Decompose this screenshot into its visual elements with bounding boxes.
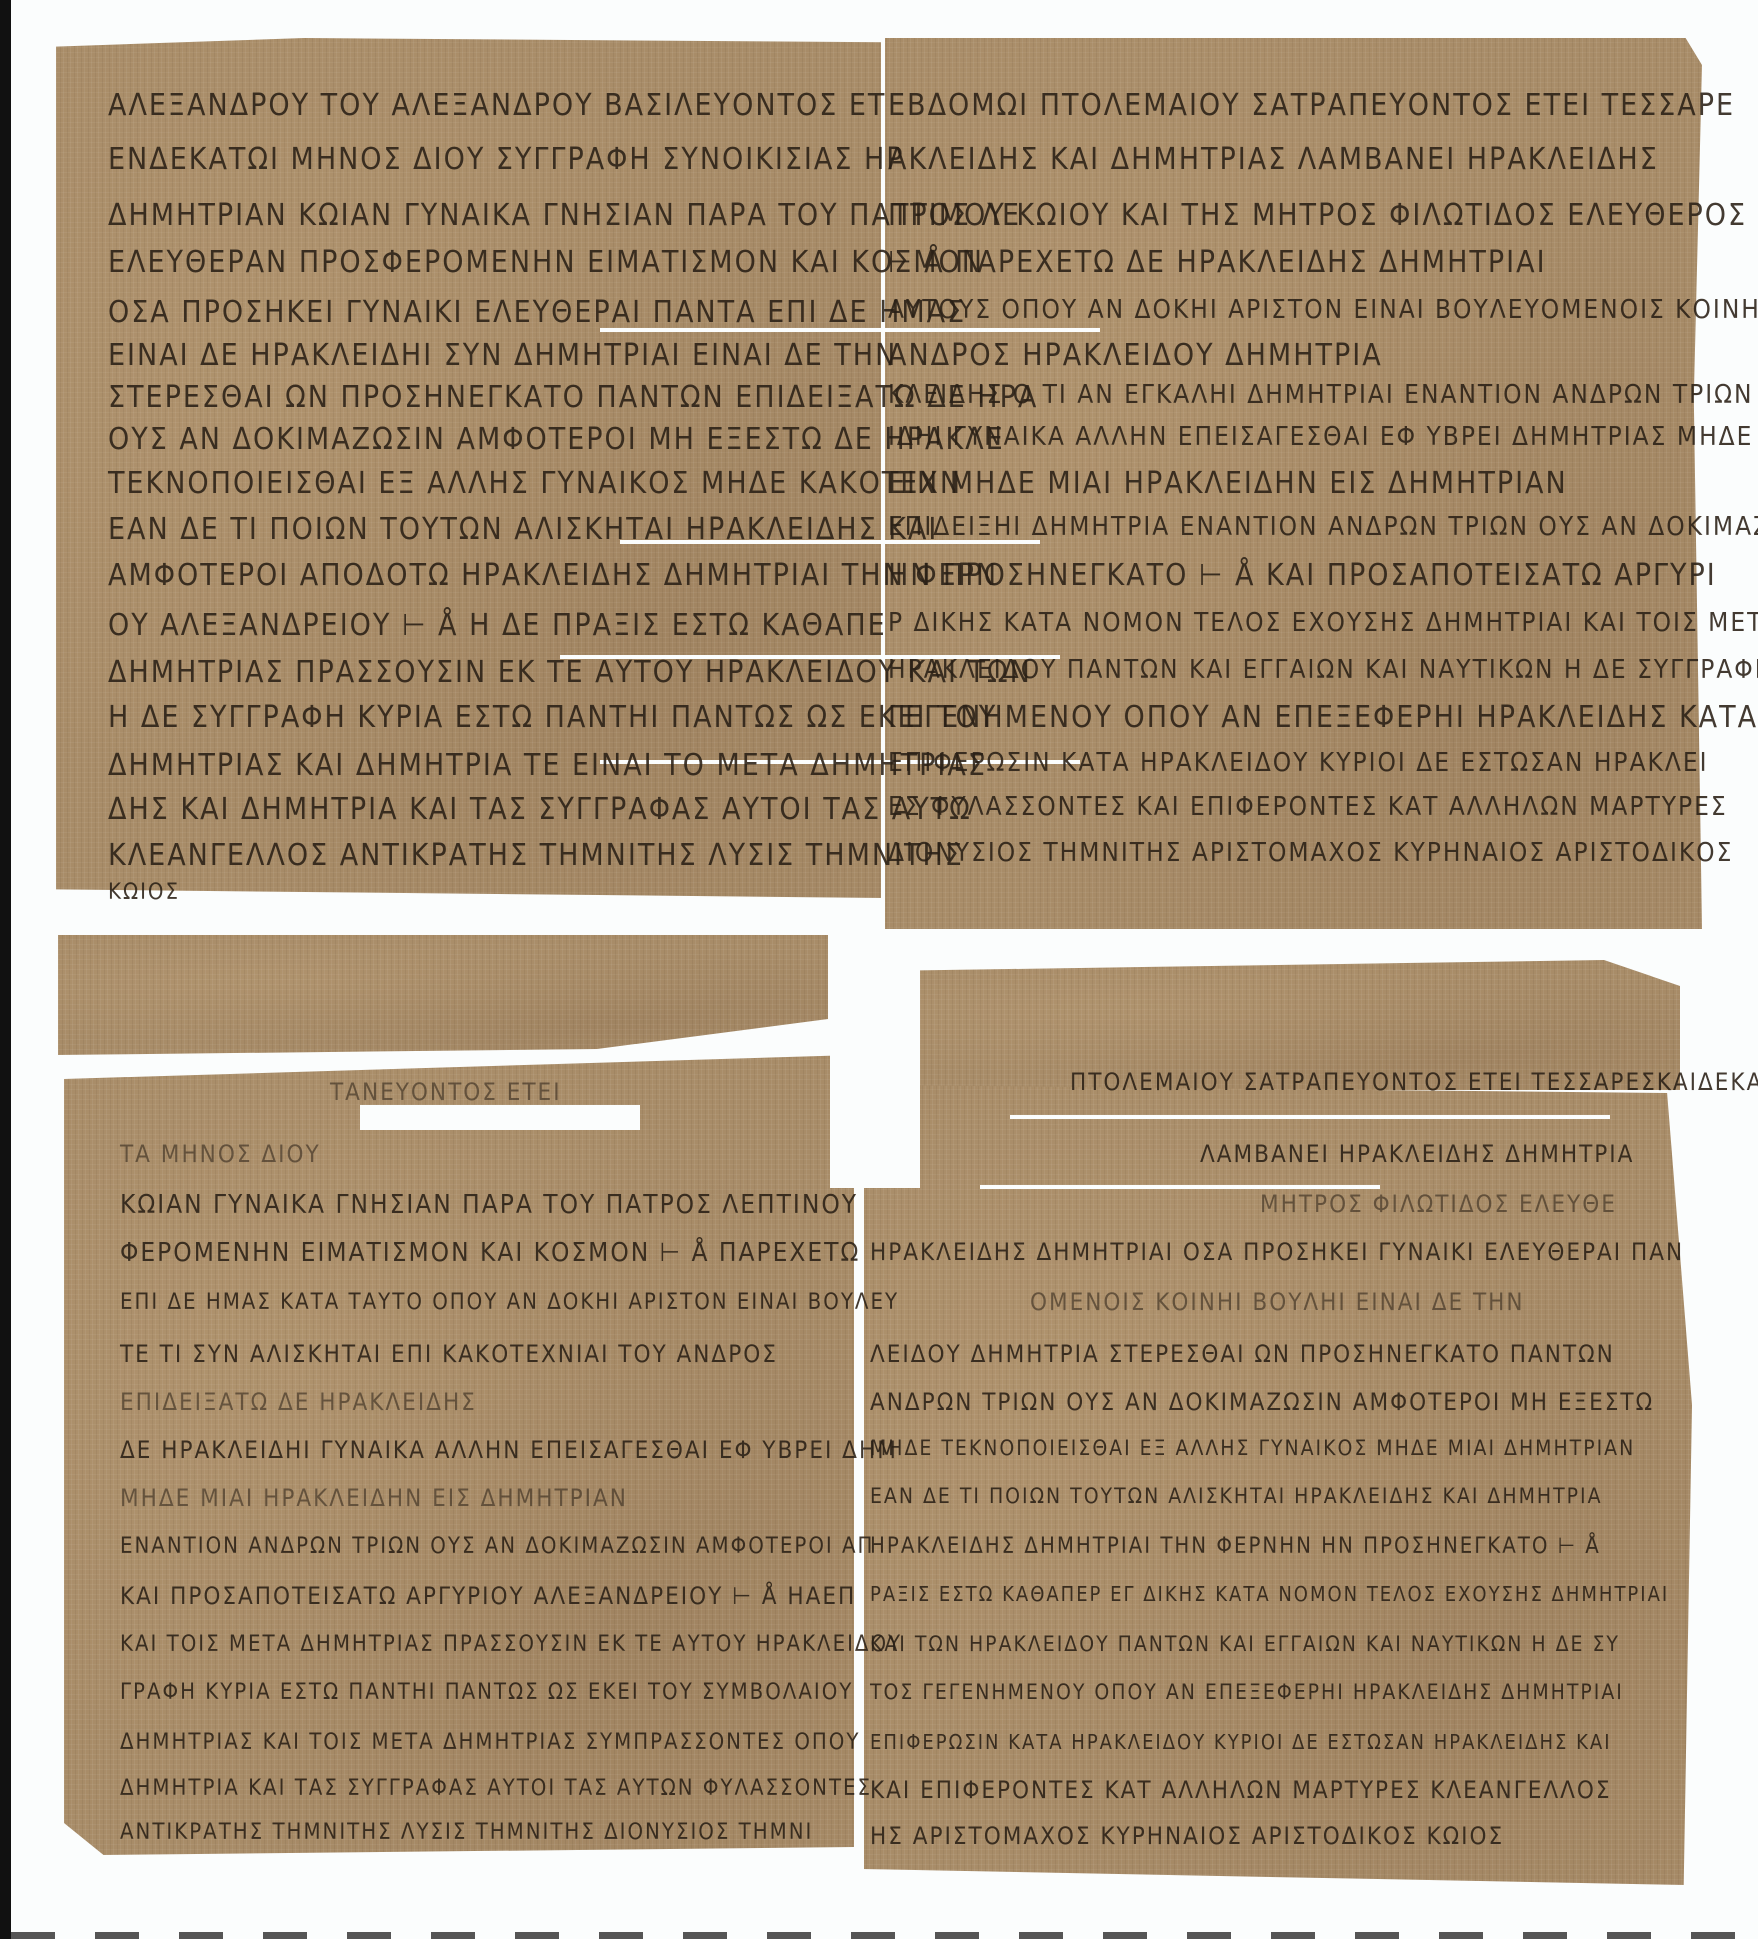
text-line: ΟΥΣ ΑΝ ΔΟΚΙΜΑΖΩΣΙΝ ΑΜΦΟΤΕΡΟΙ ΜΗ ΕΞΕΣΤΩ Δ… [108, 422, 1005, 457]
text-line: ΛΕΙΔΟΥ ΔΗΜΗΤΡΙΑ ΣΤΕΡΕΣΘΑΙ ΩΝ ΠΡΟΣΗΝΕΓΚΑΤ… [870, 1340, 1615, 1368]
text-line: ΑΝΔΡΩΝ ΤΡΙΩΝ ΟΥΣ ΑΝ ΔΟΚΙΜΑΖΩΣΙΝ ΑΜΦΟΤΕΡΟ… [870, 1388, 1654, 1416]
text-line: ΜΗΔΕ ΤΕΚΝΟΠΟΙΕΙΣΘΑΙ ΕΞ ΑΛΛΗΣ ΓΥΝΑΙΚΟΣ ΜΗ… [870, 1436, 1635, 1460]
text-line: ΗΣ ΑΡΙΣΤΟΜΑΧΟΣ ΚΥΡΗΝΑΙΟΣ ΑΡΙΣΤΟΔΙΚΟΣ ΚΩΙ… [870, 1822, 1504, 1850]
text-line: ΜΗΤΡΟΣ ΦΙΛΩΤΙΔΟΣ ΕΛΕΥΘΕ [1260, 1190, 1617, 1218]
text-line: ΡΑΞΙΣ ΕΣΤΩ ΚΑΘΑΠΕΡ ΕΓ ΔΙΚΗΣ ΚΑΤΑ ΝΟΜΟΝ Τ… [870, 1582, 1669, 1606]
text-line: ΔΗΣ ΚΑΙ ΔΗΜΗΤΡΙΑ ΚΑΙ ΤΑΣ ΣΥΓΓΡΑΦΑΣ ΑΥΤΟΙ… [108, 792, 972, 827]
text-line: ΕΠΙΔΕΙΞΗΙ ΔΗΜΗΤΡΙΑ ΕΝΑΝΤΙΟΝ ΑΝΔΡΩΝ ΤΡΙΩΝ… [888, 512, 1758, 542]
text-line: ΔΕ ΗΡΑΚΛΕΙΔΗΙ ΓΥΝΑΙΚΑ ΑΛΛΗΝ ΕΠΕΙΣΑΓΕΣΘΑΙ… [120, 1436, 898, 1464]
text-line: ΤΑ ΜΗΝΟΣ ΔΙΟΥ [120, 1140, 321, 1168]
dashed-bottom-rule [11, 1932, 1758, 1939]
text-line: ΤΑΝΕΥΟΝΤΟΣ ΕΤΕΙ [330, 1078, 562, 1106]
text-line: ΤΟΣ ΓΕΓΕΝΗΜΕΝΟΥ ΟΠΟΥ ΑΝ ΕΠΕΞΕΦΕΡΗΙ ΗΡΑΚΛ… [870, 1680, 1624, 1704]
text-line: ΑΚΛΕΙΔΗΣ ΚΑΙ ΔΗΜΗΤΡΙΑΣ ΛΑΜΒΑΝΕΙ ΗΡΑΚΛΕΙΔ… [888, 142, 1659, 177]
text-line: ΙΔΗΙ ΓΥΝΑΙΚΑ ΑΛΛΗΝ ΕΠΕΙΣΑΓΕΣΘΑΙ ΕΦ ΥΒΡΕΙ… [888, 422, 1753, 452]
text-line: ΕΑΝ ΔΕ ΤΙ ΠΟΙΩΝ ΤΟΥΤΩΝ ΑΛΙΣΚΗΤΑΙ ΗΡΑΚΛΕΙ… [870, 1484, 1603, 1508]
text-line: ΕΙΝΑΙ ΔΕ ΗΡΑΚΛΕΙΔΗΙ ΣΥΝ ΔΗΜΗΤΡΙΑΙ ΕΙΝΑΙ … [108, 338, 897, 373]
text-line: ΗΝ ΠΡΟΣΗΝΕΓΚΑΤΟ ⊢ Å ΚΑΙ ΠΡΟΣΑΠΟΤΕΙΣΑΤΩ Α… [888, 558, 1717, 593]
text-line: ΑΝΔΡΟΣ ΗΡΑΚΛΕΙΔΟΥ ΔΗΜΗΤΡΙΑ [888, 338, 1383, 373]
text-line: ΚΑΙ ΠΡΟΣΑΠΟΤΕΙΣΑΤΩ ΑΡΓΥΡΙΟΥ ΑΛΕΞΑΝΔΡΕΙΟΥ… [120, 1582, 856, 1610]
text-line: ΕΠΙ ΔΕ ΗΜΑΣ ΚΑΤΑ ΤΑΥΤΟ ΟΠΟΥ ΑΝ ΔΟΚΗΙ ΑΡΙ… [120, 1290, 899, 1315]
text-line: ΑΥΤΟΥΣ ΟΠΟΥ ΑΝ ΔΟΚΗΙ ΑΡΙΣΤΟΝ ΕΙΝΑΙ ΒΟΥΛΕ… [888, 295, 1758, 325]
text-line: ΚΑΙ ΕΠΙΦΕΡΟΝΤΕΣ ΚΑΤ ΑΛΛΗΛΩΝ ΜΑΡΤΥΡΕΣ ΚΛΕ… [870, 1776, 1612, 1804]
text-line: ΑΜΦΟΤΕΡΟΙ ΑΠΟΔΟΤΩ ΗΡΑΚΛΕΙΔΗΣ ΔΗΜΗΤΡΙΑΙ Τ… [108, 558, 998, 593]
text-line: ΛΑΜΒΑΝΕΙ ΗΡΑΚΛΕΙΔΗΣ ΔΗΜΗΤΡΙΑ [1200, 1140, 1634, 1168]
gap [830, 938, 920, 1188]
text-line: ΕΛΕΥΘΕΡΑΝ ΠΡΟΣΦΕΡΟΜΕΝΗΝ ΕΙΜΑΤΙΣΜΟΝ ΚΑΙ Κ… [108, 245, 984, 280]
text-line: ΠΤΟΛΕΜΑΙΟΥ ΣΑΤΡΑΠΕΥΟΝΤΟΣ ΕΤΕΙ ΤΕΣΣΑΡΕΣΚΑ… [1070, 1068, 1758, 1096]
text-line: ΔΗΜΗΤΡΙΑΝ ΚΩΙΑΝ ΓΥΝΑΙΚΑ ΓΝΗΣΙΑΝ ΠΑΡΑ ΤΟΥ… [108, 198, 1021, 233]
text-line: ΤΕ ΤΙ ΣΥΝ ΑΛΙΣΚΗΤΑΙ ΕΠΙ ΚΑΚΟΤΕΧΝΙΑΙ ΤΟΥ … [120, 1340, 778, 1368]
text-line: ΔΗΜΗΤΡΙΑΣ ΚΑΙ ΔΗΜΗΤΡΙΑ ΤΕ ΕΙΝΑΙ ΤΟ ΜΕΤΑ … [108, 748, 987, 783]
text-line: ΚΩΙΑΝ ΓΥΝΑΙΚΑ ΓΝΗΣΙΑΝ ΠΑΡΑ ΤΟΥ ΠΑΤΡΟΣ ΛΕ… [120, 1190, 858, 1220]
text-line: ΔΗΜΗΤΡΙΑ ΚΑΙ ΤΑΣ ΣΥΓΓΡΑΦΑΣ ΑΥΤΟΙ ΤΑΣ ΑΥΤ… [120, 1776, 872, 1801]
text-line: ΕΙΝ ΜΗΔΕ ΜΙΑΙ ΗΡΑΚΛΕΙΔΗΝ ΕΙΣ ΔΗΜΗΤΡΙΑΝ [888, 466, 1568, 501]
text-line: ΚΛΕΑΝΓΕΛΛΟΣ ΑΝΤΙΚΡΑΤΗΣ ΤΗΜΝΙΤΗΣ ΛΥΣΙΣ ΤΗ… [108, 838, 964, 873]
text-line: ΗΡΑΚΛΕΙΔΗΣ ΔΗΜΗΤΡΙΑΙ ΟΣΑ ΠΡΟΣΗΚΕΙ ΓΥΝΑΙΚ… [870, 1238, 1684, 1266]
text-line: ΕΝΔΕΚΑΤΩΙ ΜΗΝΟΣ ΔΙΟΥ ΣΥΓΓΡΑΦΗ ΣΥΝΟΙΚΙΣΙΑ… [108, 142, 905, 177]
text-line: ΔΙΟΝΥΣΙΟΣ ΤΗΜΝΙΤΗΣ ΑΡΙΣΤΟΜΑΧΟΣ ΚΥΡΗΝΑΙΟΣ… [888, 838, 1733, 868]
text-line: ⊢ Å ΠΑΡΕΧΕΤΩ ΔΕ ΗΡΑΚΛΕΙΔΗΣ ΔΗΜΗΤΡΙΑΙ [888, 245, 1547, 280]
text-line: ΑΝΤΙΚΡΑΤΗΣ ΤΗΜΝΙΤΗΣ ΛΥΣΙΣ ΤΗΜΝΙΤΗΣ ΔΙΟΝΥ… [120, 1820, 813, 1845]
text-line: ΗΡΑΚΛΕΙΔΟΥ ΠΑΝΤΩΝ ΚΑΙ ΕΓΓΑΙΩΝ ΚΑΙ ΝΑΥΤΙΚ… [888, 655, 1758, 685]
text-line: ΠΤΙΜΟΥ ΚΩΙΟΥ ΚΑΙ ΤΗΣ ΜΗΤΡΟΣ ΦΙΛΩΤΙΔΟΣ ΕΛ… [888, 198, 1747, 233]
horizontal-crack [980, 1185, 1380, 1189]
text-line: ΚΑΙ ΤΩΝ ΗΡΑΚΛΕΙΔΟΥ ΠΑΝΤΩΝ ΚΑΙ ΕΓΓΑΙΩΝ ΚΑ… [870, 1632, 1620, 1656]
text-line: ΕΠΙΦΕΡΩΣΙΝ ΚΑΤΑ ΗΡΑΚΛΕΙΔΟΥ ΚΥΡΙΟΙ ΔΕ ΕΣΤ… [888, 748, 1709, 778]
text-line: Η ΔΕ ΣΥΓΓΡΑΦΗ ΚΥΡΙΑ ΕΣΤΩ ΠΑΝΤΗΙ ΠΑΝΤΩΣ Ω… [108, 700, 997, 735]
text-line: ΗΡΑΚΛΕΙΔΗΣ ΔΗΜΗΤΡΙΑΙ ΤΗΝ ΦΕΡΝΗΝ ΗΝ ΠΡΟΣΗ… [870, 1534, 1601, 1559]
text-line: ΑΛΕΞΑΝΔΡΟΥ ΤΟΥ ΑΛΕΞΑΝΔΡΟΥ ΒΑΣΙΛΕΥΟΝΤΟΣ Ε… [108, 88, 886, 123]
text-line: ΔΗΜΗΤΡΙΑΣ ΚΑΙ ΤΟΙΣ ΜΕΤΑ ΔΗΜΗΤΡΙΑΣ ΣΥΜΠΡΑ… [120, 1730, 860, 1755]
text-line: ΕΒΔΟΜΩΙ ΠΤΟΛΕΜΑΙΟΥ ΣΑΤΡΑΠΕΥΟΝΤΟΣ ΕΤΕΙ ΤΕ… [888, 88, 1735, 123]
text-line: ΕΠΙΦΕΡΩΣΙΝ ΚΑΤΑ ΗΡΑΚΛΕΙΔΟΥ ΚΥΡΙΟΙ ΔΕ ΕΣΤ… [870, 1730, 1612, 1754]
text-line: ΜΗΔΕ ΜΙΑΙ ΗΡΑΚΛΕΙΔΗΝ ΕΙΣ ΔΗΜΗΤΡΙΑΝ [120, 1484, 628, 1512]
text-line: ΤΕΚΝΟΠΟΙΕΙΣΘΑΙ ΕΞ ΑΛΛΗΣ ΓΥΝΑΙΚΟΣ ΜΗΔΕ ΚΑ… [108, 466, 962, 501]
text-line: ΟΥ ΑΛΕΞΑΝΔΡΕΙΟΥ ⊢ Å Η ΔΕ ΠΡΑΞΙΣ ΕΣΤΩ ΚΑΘ… [108, 608, 887, 643]
text-line: ΕΑΝ ΔΕ ΤΙ ΠΟΙΩΝ ΤΟΥΤΩΝ ΑΛΙΣΚΗΤΑΙ ΗΡΑΚΛΕΙ… [108, 512, 938, 547]
text-line: ΓΕΓΕΝΗΜΕΝΟΥ ΟΠΟΥ ΑΝ ΕΠΕΞΕΦΕΡΗΙ ΗΡΑΚΛΕΙΔΗ… [888, 700, 1758, 735]
text-line: ΚΑΙ ΤΟΙΣ ΜΕΤΑ ΔΗΜΗΤΡΙΑΣ ΠΡΑΣΣΟΥΣΙΝ ΕΚ ΤΕ… [120, 1632, 902, 1657]
text-line: ΕΣ ΦΥΛΑΣΣΟΝΤΕΣ ΚΑΙ ΕΠΙΦΕΡΟΝΤΕΣ ΚΑΤ ΑΛΛΗΛ… [888, 792, 1728, 822]
left-border [0, 0, 11, 1939]
horizontal-crack [1010, 1115, 1610, 1119]
text-line: ΕΝΑΝΤΙΟΝ ΑΝΔΡΩΝ ΤΡΙΩΝ ΟΥΣ ΑΝ ΔΟΚΙΜΑΖΩΣΙΝ… [120, 1534, 874, 1559]
papyrus-fragment-bottom-left-strip [58, 935, 828, 1055]
text-line: ΚΩΙΟΣ [108, 880, 180, 905]
text-line: ΚΛΕΙΔΗΣ Ο ΤΙ ΑΝ ΕΓΚΑΛΗΙ ΔΗΜΗΤΡΙΑΙ ΕΝΑΝΤΙ… [888, 380, 1753, 410]
text-line: ΟΜΕΝΟΙΣ ΚΟΙΝΗΙ ΒΟΥΛΗΙ ΕΙΝΑΙ ΔΕ ΤΗΝ [1030, 1288, 1525, 1316]
text-line: Ρ ΔΙΚΗΣ ΚΑΤΑ ΝΟΜΟΝ ΤΕΛΟΣ ΕΧΟΥΣΗΣ ΔΗΜΗΤΡΙ… [888, 608, 1758, 638]
text-line: ΕΠΙΔΕΙΞΑΤΩ ΔΕ ΗΡΑΚΛΕΙΔΗΣ [120, 1388, 477, 1416]
text-line: ΟΣΑ ΠΡΟΣΗΚΕΙ ΓΥΝΑΙΚΙ ΕΛΕΥΘΕΡΑΙ ΠΑΝΤΑ ΕΠΙ… [108, 295, 966, 330]
text-line: ΓΡΑΦΗ ΚΥΡΙΑ ΕΣΤΩ ΠΑΝΤΗΙ ΠΑΝΤΩΣ ΩΣ ΕΚΕΙ Τ… [120, 1680, 853, 1705]
gap [360, 1105, 640, 1130]
text-line: ΦΕΡΟΜΕΝΗΝ ΕΙΜΑΤΙΣΜΟΝ ΚΑΙ ΚΟΣΜΟΝ ⊢ Å ΠΑΡΕ… [120, 1238, 860, 1268]
